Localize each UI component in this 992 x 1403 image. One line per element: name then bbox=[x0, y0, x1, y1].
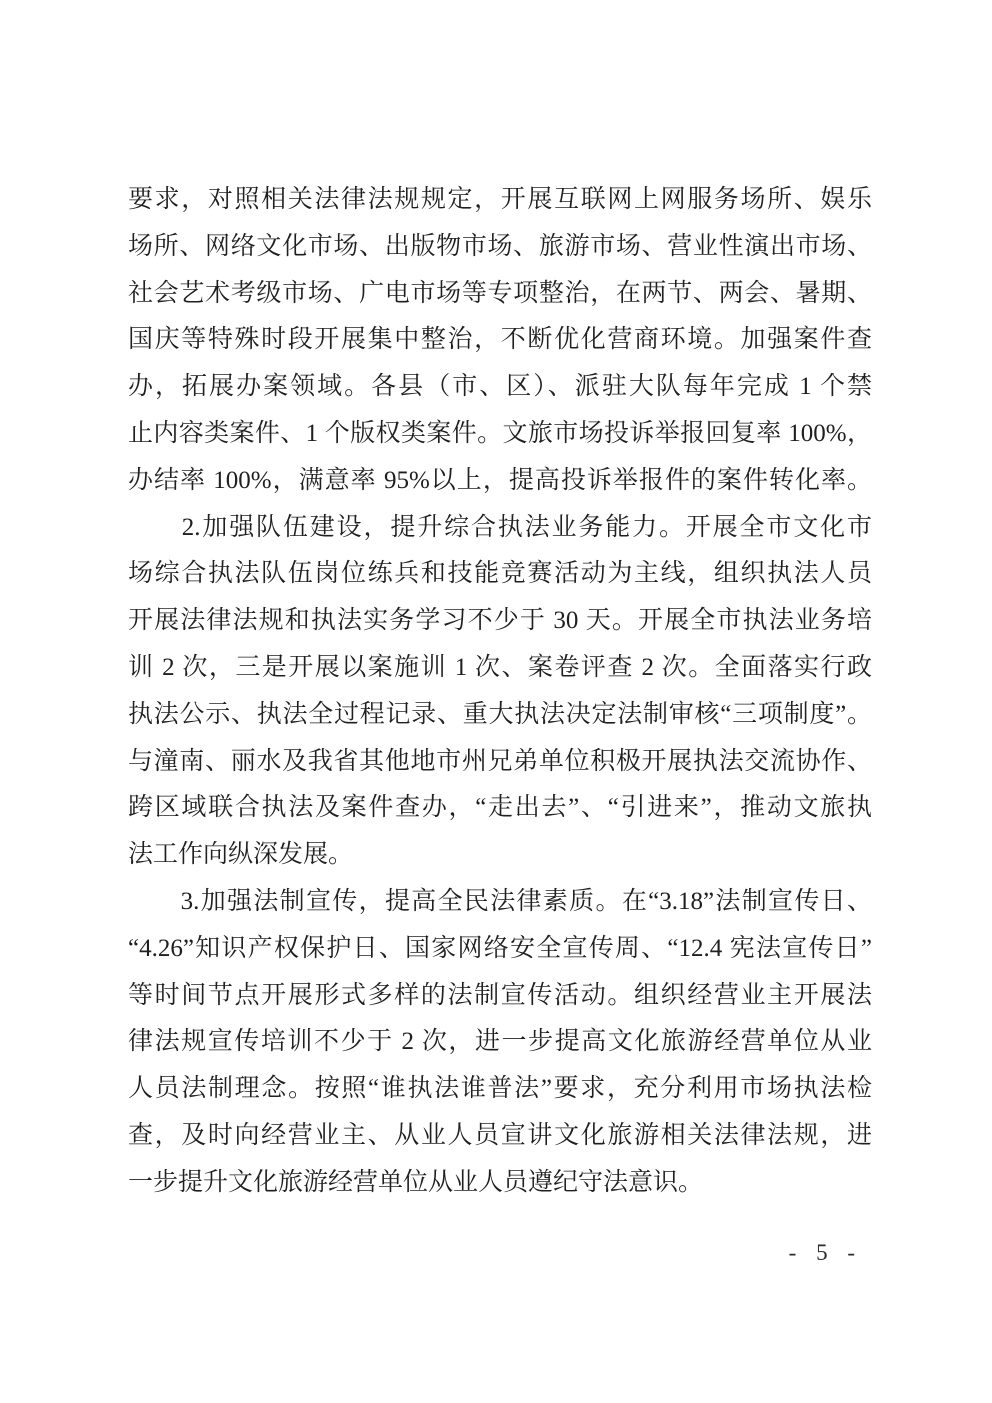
text-line: 人员法制理念。按照“谁执法谁普法”要求，充分利用市场执法检 bbox=[128, 1066, 872, 1113]
text-line: 执法公示、执法全过程记录、重大执法决定法制审核“三项制度”。 bbox=[128, 692, 872, 739]
text-line: 国庆等特殊时段开展集中整治，不断优化营商环境。加强案件查 bbox=[128, 317, 872, 364]
document-page: 要求，对照相关法律法规规定，开展互联网上网服务场所、娱乐 场所、网络文化市场、出… bbox=[0, 0, 992, 1403]
text-line: 训 2 次，三是开展以案施训 1 次、案卷评查 2 次。全面落实行政 bbox=[128, 645, 872, 692]
text-line: 查，及时向经营业主、从业人员宣讲文化旅游相关法律法规，进 bbox=[128, 1113, 872, 1160]
text-line: 社会艺术考级市场、广电市场等专项整治，在两节、两会、暑期、 bbox=[128, 271, 872, 318]
text-line: 一步提升文化旅游经营单位从业人员遵纪守法意识。 bbox=[128, 1160, 872, 1207]
text-line: “4.26”知识产权保护日、国家网络安全宣传周、“12.4 宪法宣传日” bbox=[128, 926, 872, 973]
text-line: 2.加强队伍建设，提升综合执法业务能力。开展全市文化市 bbox=[128, 505, 872, 552]
text-line: 止内容类案件、1 个版权类案件。文旅市场投诉举报回复率 100%， bbox=[128, 411, 872, 458]
text-line: 办，拓展办案领域。各县（市、区）、派驻大队每年完成 1 个禁 bbox=[128, 364, 872, 411]
text-line: 法工作向纵深发展。 bbox=[128, 832, 872, 879]
text-line: 律法规宣传培训不少于 2 次，进一步提高文化旅游经营单位从业 bbox=[128, 1019, 872, 1066]
document-body-text: 要求，对照相关法律法规规定，开展互联网上网服务场所、娱乐 场所、网络文化市场、出… bbox=[128, 177, 872, 1207]
paragraph-3: 3.加强法制宣传，提高全民法律素质。在“3.18”法制宣传日、 “4.26”知识… bbox=[128, 879, 872, 1207]
paragraph-2: 2.加强队伍建设，提升综合执法业务能力。开展全市文化市 场综合执法队伍岗位练兵和… bbox=[128, 505, 872, 879]
text-line: 3.加强法制宣传，提高全民法律素质。在“3.18”法制宣传日、 bbox=[128, 879, 872, 926]
paragraph-1: 要求，对照相关法律法规规定，开展互联网上网服务场所、娱乐 场所、网络文化市场、出… bbox=[128, 177, 872, 505]
text-line: 跨区域联合执法及案件查办，“走出去”、“引进来”，推动文旅执 bbox=[128, 785, 872, 832]
text-line: 场综合执法队伍岗位练兵和技能竞赛活动为主线，组织执法人员 bbox=[128, 551, 872, 598]
page-number: - 5 - bbox=[0, 1240, 862, 1266]
text-line: 场所、网络文化市场、出版物市场、旅游市场、营业性演出市场、 bbox=[128, 224, 872, 271]
text-line: 开展法律法规和执法实务学习不少于 30 天。开展全市执法业务培 bbox=[128, 598, 872, 645]
text-line: 与潼南、丽水及我省其他地市州兄弟单位积极开展执法交流协作、 bbox=[128, 739, 872, 786]
text-line: 办结率 100%，满意率 95%以上，提高投诉举报件的案件转化率。 bbox=[128, 458, 872, 505]
text-line: 等时间节点开展形式多样的法制宣传活动。组织经营业主开展法 bbox=[128, 973, 872, 1020]
text-line: 要求，对照相关法律法规规定，开展互联网上网服务场所、娱乐 bbox=[128, 177, 872, 224]
